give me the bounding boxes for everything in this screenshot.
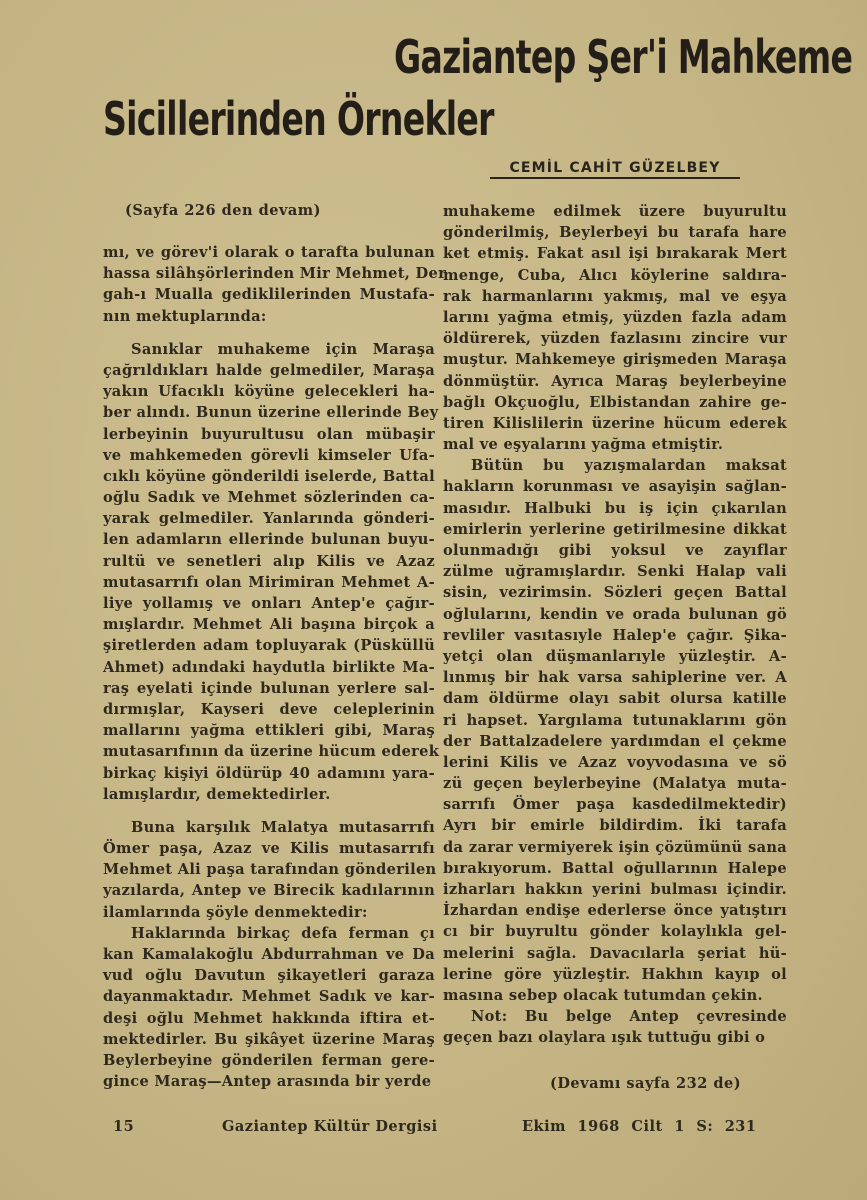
text-line: Mehmet Ali paşa tarafından gönderilen (103, 859, 435, 880)
text-line: bırakıyorum. Battal oğullarının Halepe (443, 858, 787, 879)
text-line: yakın Ufacıklı köyüne gelecekleri ha- (103, 381, 435, 402)
text-line: mutasarıfının da üzerine hücum ederek (103, 741, 435, 762)
text-line: gah-ı Mualla gediklilerinden Mustafa- (103, 284, 435, 305)
text-line: tiren Kilislilerin üzerine hücum ederek (443, 413, 787, 434)
text-line: cıklı köyüne gönderildi iselerde, Battal (103, 466, 435, 487)
left-column: mı, ve görev'i olarak o tarafta bulunanh… (103, 242, 435, 1092)
text-line: len adamların ellerinde bulunan buyu- (103, 529, 435, 550)
text-line: mektedirler. Bu şikâyet üzerine Maraş (103, 1029, 435, 1050)
text-line: liye yollamış ve onları Antep'e çağır- (103, 593, 435, 614)
text-line: yarak gelmediler. Yanlarında gönderi- (103, 508, 435, 529)
article-title-line-1: Gaziantep Şer'i Mahkeme (394, 30, 852, 84)
text-line: rak harmanlarını yakmış, mal ve eşya (443, 286, 787, 307)
text-line: birkaç kişiyi öldürüp 40 adamını yara- (103, 763, 435, 784)
text-line: lerine göre yüzleştir. Hakhın kayıp ol (443, 964, 787, 985)
text-line: lerini Kilis ve Azaz voyvodasına ve sö (443, 752, 787, 773)
text-line: mutasarrıfı olan Mirimiran Mehmet A- (103, 572, 435, 593)
text-line: deşi oğlu Mehmet hakkında iftira et- (103, 1008, 435, 1029)
text-line: nın mektuplarında: (103, 306, 435, 327)
text-line: muhakeme edilmek üzere buyurultu (443, 201, 787, 222)
text-line: zülme uğramışlardır. Senki Halap vali (443, 561, 787, 582)
text-line: dam öldürme olayı sabit olursa katille (443, 688, 787, 709)
text-line: kan Kamalakoğlu Abdurrahman ve Da (103, 944, 435, 965)
text-line: melerini sağla. Davacılarla şeriat hü- (443, 943, 787, 964)
text-line: mışlardır. Mehmet Ali başına birçok a (103, 614, 435, 635)
text-line: sisin, vezirimsin. Sözleri geçen Battal (443, 582, 787, 603)
text-line: mallarını yağma ettikleri gibi, Maraş (103, 720, 435, 741)
text-line: dayanmaktadır. Mehmet Sadık ve kar- (103, 986, 435, 1007)
text-line: muştur. Mahkemeye girişmeden Maraşa (443, 349, 787, 370)
text-line: sarrıfı Ömer paşa kasdedilmektedir) (443, 794, 787, 815)
text-line: oğlu Sadık ve Mehmet sözlerinden ca- (103, 487, 435, 508)
text-line: der Battalzadelere yardımdan el çekme (443, 731, 787, 752)
text-line: yazılarda, Antep ve Birecik kadılarının (103, 880, 435, 901)
text-line: Ömer paşa, Azaz ve Kilis mutasarrıfı (103, 838, 435, 859)
text-line: gince Maraş—Antep arasında bir yerde (103, 1071, 435, 1092)
text-line: masıdır. Halbuki bu iş için çıkarılan (443, 498, 787, 519)
text-line: menge, Cuba, Alıcı köylerine saldıra- (443, 265, 787, 286)
author-byline: CEMİL CAHİT GÜZELBEY (490, 160, 740, 179)
text-line: lınmış bir hak varsa sahiplerine ver. A (443, 667, 787, 688)
text-line: şiretlerden adam topluyarak (Püsküllü (103, 635, 435, 656)
text-line: oğlularını, kendin ve orada bulunan gö (443, 604, 787, 625)
text-line: geçen bazı olaylara ışık tuttuğu gibi o (443, 1027, 787, 1048)
text-line: yetçi olan düşmanlarıyle yüzleştir. A- (443, 646, 787, 667)
text-line: mı, ve görev'i olarak o tarafta bulunan (103, 242, 435, 263)
text-line: masına sebep olacak tutumdan çekin. (443, 985, 787, 1006)
paragraph-gap (103, 327, 435, 339)
text-line: rultü ve senetleri alıp Kilis ve Azaz (103, 551, 435, 572)
footer-page-number: 15 (113, 1118, 134, 1135)
continued-to-note: (Devamı sayfa 232 de) (550, 1075, 741, 1092)
text-line: olunmadığı gibi yoksul ve zayıflar (443, 540, 787, 561)
text-line: Beylerbeyine gönderilen ferman gere- (103, 1050, 435, 1071)
text-line: hakların korunması ve asayişin sağlan- (443, 476, 787, 497)
text-line: öldürerek, yüzden fazlasını zincire vur (443, 328, 787, 349)
text-line: raş eyelati içinde bulunan yerlere sal- (103, 678, 435, 699)
text-line: lerbeyinin buyurultusu olan mübaşir (103, 424, 435, 445)
text-line: vud oğlu Davutun şikayetleri garaza (103, 965, 435, 986)
text-line: Bütün bu yazışmalardan maksat (443, 455, 787, 476)
text-line: revliler vasıtasıyle Halep'e çağır. Şika… (443, 625, 787, 646)
text-line: dönmüştür. Ayrıca Maraş beylerbeyine (443, 371, 787, 392)
text-line: zü geçen beylerbeyine (Malatya muta- (443, 773, 787, 794)
text-line: Ahmet) adındaki haydutla birlikte Ma- (103, 657, 435, 678)
text-line: ri hapset. Yargılama tutunaklarını gön (443, 710, 787, 731)
text-line: Haklarında birkaç defa ferman çı (103, 923, 435, 944)
footer-magazine-name: Gaziantep Kültür Dergisi (222, 1118, 438, 1135)
text-line: mal ve eşyalarını yağma etmiştir. (443, 434, 787, 455)
text-line: lamışlardır, demektedirler. (103, 784, 435, 805)
text-line: bağlı Okçuoğlu, Elbistandan zahire ge- (443, 392, 787, 413)
text-line: ber alındı. Bunun üzerine ellerinde Bey (103, 402, 435, 423)
article-title-line-2: Sicillerinden Örnekler (103, 92, 494, 146)
text-line: Ayrı bir emirle bildirdim. İki tarafa (443, 815, 787, 836)
text-line: ket etmiş. Fakat asıl işi bırakarak Mert (443, 243, 787, 264)
text-line: gönderilmiş, Beylerbeyi bu tarafa hare (443, 222, 787, 243)
text-line: cı bir buyrultu gönder kolaylıkla gel- (443, 921, 787, 942)
text-line: larını yağma etmiş, yüzden fazla adam (443, 307, 787, 328)
footer-issue-info: Ekim 1968 Cilt 1 S: 231 (522, 1118, 756, 1135)
text-line: Sanıklar muhakeme için Maraşa (103, 339, 435, 360)
text-line: ilamlarında şöyle denmektedir: (103, 902, 435, 923)
text-line: izharları hakkın yerini bulması içindir. (443, 879, 787, 900)
text-line: Buna karşılık Malatya mutasarrıfı (103, 817, 435, 838)
paragraph-gap (103, 805, 435, 817)
text-line: dırmışlar, Kayseri deve celeplerinin (103, 699, 435, 720)
right-column: muhakeme edilmek üzere buyurultugönderil… (443, 201, 787, 1049)
text-line: emirlerin yerlerine getirilmesine dikkat (443, 519, 787, 540)
text-line: ve mahkemeden görevli kimseler Ufa- (103, 445, 435, 466)
text-line: çağrıldıkları halde gelmediler, Maraşa (103, 360, 435, 381)
continued-from-note: (Sayfa 226 den devam) (125, 202, 321, 219)
text-line: da zarar vermiyerek işin çözümünü sana (443, 837, 787, 858)
text-line: hassa silâhşörlerinden Mir Mehmet, Der (103, 263, 435, 284)
text-line: İzhardan endişe ederlerse önce yatıştırı (443, 900, 787, 921)
text-line: Not: Bu belge Antep çevresinde (443, 1006, 787, 1027)
